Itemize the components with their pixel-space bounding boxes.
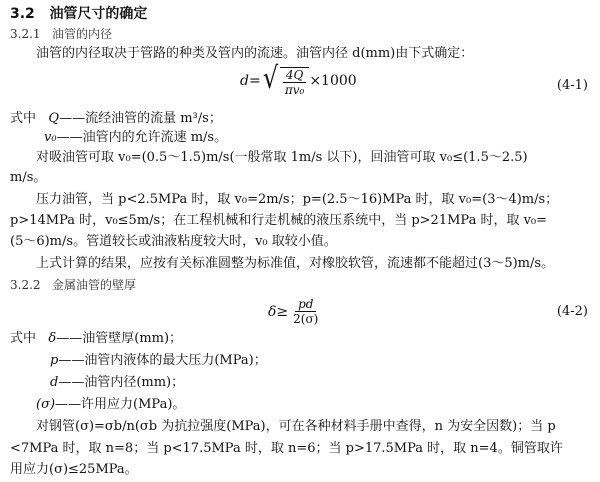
subsection-title: 油管的内径 xyxy=(52,27,112,41)
section-number: 3.2 xyxy=(10,6,35,22)
where-line-d: d——油管内径(mm)； xyxy=(50,374,184,392)
where-line-delta: 式中 δ——油管壁厚(mm)； xyxy=(10,330,182,348)
var-desc: ——流经油管的流量 m³/s； xyxy=(59,111,222,126)
subsection-heading-1: 3.2.1 油管的内径 xyxy=(10,25,112,43)
where-line-sigma: (σ)——许用应力(MPa)。 xyxy=(36,396,185,414)
formula-tail: ×1000 xyxy=(309,73,356,89)
paragraph-line: 用应力(σ)≤25MPa。 xyxy=(10,461,138,479)
paragraph-line: m/s。 xyxy=(10,169,46,187)
paragraph-line: <7MPa 时，取 n=8；当 p<17.5MPa 时，取 n=6；当 p>17… xyxy=(10,440,563,458)
paragraph-line: 压力油管，当 p<2.5MPa 时，取 v₀=2m/s；p=(2.5～16)MP… xyxy=(36,191,558,209)
paragraph-line: 对吸油管可取 v₀=(0.5～1.5)m/s(一般常取 1m/s 以下)，回油管… xyxy=(36,149,528,167)
subsection-title: 金属油管的壁厚 xyxy=(52,278,136,292)
intro-paragraph: 油管的内径取决于管路的种类及管内的流速。油管内径 d(mm)由下式确定： xyxy=(36,45,473,63)
fraction: 4Q πv₀ xyxy=(282,68,307,97)
paragraph-line: 对钢管(σ)=σb/n(σb 为抗拉强度(MPa)，可在各种材料手册中查得，n … xyxy=(36,418,556,436)
equation-number-4-2: (4-2) xyxy=(557,303,588,321)
var-symbol: v₀ xyxy=(44,130,57,145)
var-desc: ——油管内径(mm)； xyxy=(58,375,184,390)
formula-lhs: δ≥ xyxy=(268,304,288,320)
where-line-p: p——油管内液体的最大压力(MPa)； xyxy=(50,352,267,370)
subsection-number: 3.2.2 xyxy=(10,278,41,292)
section-title: 油管尺寸的确定 xyxy=(49,6,147,22)
var-symbol: (σ) xyxy=(36,397,55,412)
section-heading: 3.2 油管尺寸的确定 xyxy=(10,5,147,23)
formula-4-1: d= √ 4Q πv₀ ×1000 xyxy=(240,64,357,97)
var-symbol: Q xyxy=(48,111,59,126)
var-desc: ——油管壁厚(mm)； xyxy=(56,331,182,346)
subsection-heading-2: 3.2.2 金属油管的壁厚 xyxy=(10,276,136,294)
where-label: 式中 xyxy=(10,331,36,346)
fraction: pd 2(σ) xyxy=(290,297,321,326)
where-line-v0: v₀——油管内的允许流速 m/s。 xyxy=(44,129,227,147)
equation-number-4-1: (4-1) xyxy=(557,77,588,95)
var-desc: ——许用应力(MPa)。 xyxy=(55,397,185,412)
numerator: pd xyxy=(295,297,316,312)
paragraph-line: p>14MPa 时，v₀≤5m/s；在工程机械和行走机械的液压系统中，当 p>2… xyxy=(10,212,547,230)
where-line-q: 式中 Q——流经油管的流量 m³/s； xyxy=(10,110,222,128)
formula-lhs: d= xyxy=(240,73,261,89)
formula-4-2: δ≥ pd 2(σ) xyxy=(268,297,323,326)
sqrt-symbol: √ 4Q πv₀ xyxy=(261,64,310,97)
var-desc: ——油管内的允许流速 m/s。 xyxy=(57,130,228,145)
denominator: 2(σ) xyxy=(290,312,321,326)
paragraph-line: 上式计算的结果，应按有关标准圆整为标准值，对橡胶软管，流速都不能超过(3～5)m… xyxy=(36,255,554,273)
subsection-number: 3.2.1 xyxy=(10,27,41,41)
var-desc: ——油管内液体的最大压力(MPa)； xyxy=(58,353,266,368)
paragraph-line: (5～6)m/s。管道较长或油液粘度较大时，v₀ 取较小值。 xyxy=(10,233,337,251)
denominator: πv₀ xyxy=(282,83,307,97)
where-label: 式中 xyxy=(10,111,36,126)
numerator: 4Q xyxy=(283,68,306,83)
